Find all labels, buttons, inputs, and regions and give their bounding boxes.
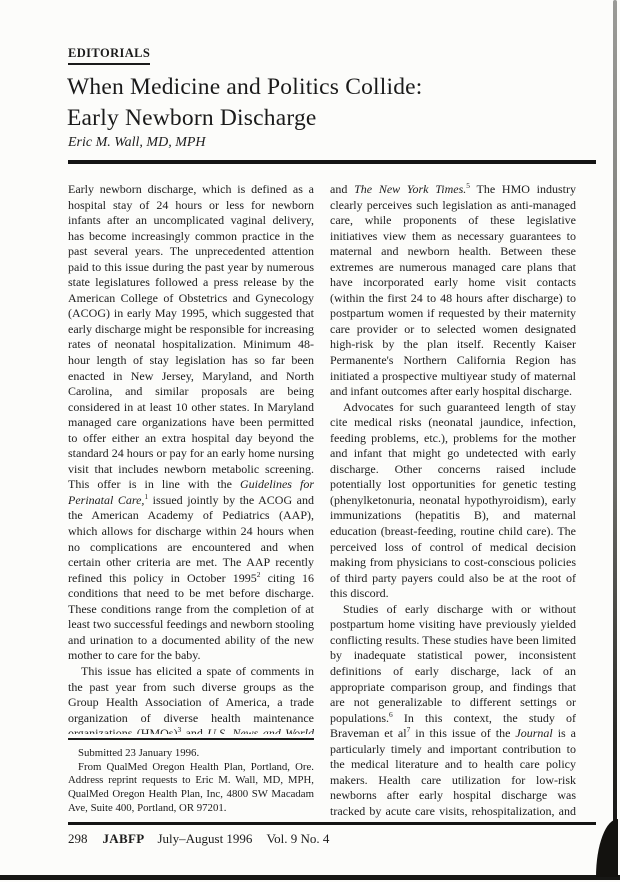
page-corner-curl <box>596 819 618 877</box>
right-column-text: and The New York Times.5 The HMO industr… <box>330 182 576 822</box>
left-column: Early newborn discharge, which is define… <box>68 182 314 734</box>
paragraph: This issue has elicited a spate of comme… <box>68 664 314 734</box>
article-title-line2: Early Newborn Discharge <box>67 105 317 131</box>
right-column: and The New York Times.5 The HMO industr… <box>330 182 576 822</box>
journal-page: EDITORIALS When Medicine and Politics Co… <box>0 0 620 882</box>
issue-date: July–August 1996 <box>157 831 252 847</box>
footnote-block: Submitted 23 January 1996.From QualMed O… <box>68 738 314 816</box>
author-byline: Eric M. Wall, MD, MPH <box>68 135 206 151</box>
footnote-text: Submitted 23 January 1996.From QualMed O… <box>68 747 314 816</box>
footnote-rule <box>68 738 314 740</box>
paragraph: Advocates for such guaranteed length of … <box>330 400 576 602</box>
paragraph: Studies of early discharge with or witho… <box>330 602 576 822</box>
paragraph: Early newborn discharge, which is define… <box>68 182 314 664</box>
page-number: 298 <box>68 831 88 847</box>
journal-abbrev: JABFP <box>103 831 145 847</box>
volume-number: Vol. 9 No. 4 <box>266 831 329 847</box>
footer-rule <box>68 822 596 825</box>
footer-line: 298 JABFP July–August 1996 Vol. 9 No. 4 <box>68 831 329 847</box>
header-rule <box>68 160 596 164</box>
paragraph: Submitted 23 January 1996. <box>68 747 314 761</box>
left-column-text: Early newborn discharge, which is define… <box>68 182 314 734</box>
page-edge-shadow-right <box>613 0 617 874</box>
article-title: When Medicine and Politics Collide:Early… <box>67 72 423 134</box>
section-label: EDITORIALS <box>68 46 150 65</box>
page-edge-shadow-bottom <box>0 875 620 880</box>
paragraph: and The New York Times.5 The HMO industr… <box>330 182 576 400</box>
article-title-line1: When Medicine and Politics Collide: <box>67 74 423 100</box>
paragraph: From QualMed Oregon Health Plan, Portlan… <box>68 761 314 816</box>
